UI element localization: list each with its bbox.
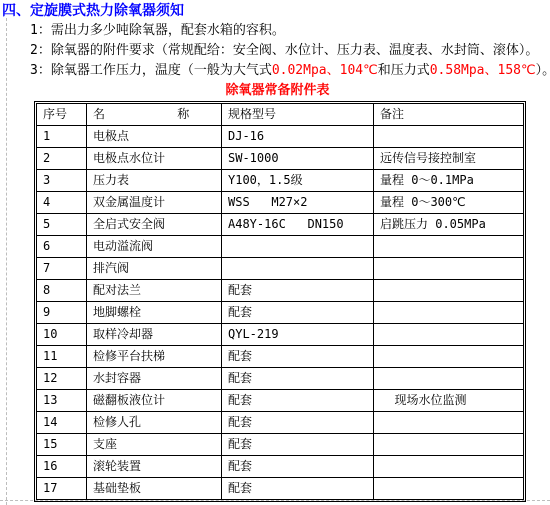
note-text: 2：除氧器的附件要求（常规配给：安全阀、水位计、压力表、温度表、水封筒、滚体）。 <box>30 43 538 58</box>
table-row: 13磁翻板液位计配套 现场水位监测 <box>37 390 524 412</box>
cell-remark: 启跳压力 0.05MPa <box>374 214 524 236</box>
cell-seq: 3 <box>37 170 87 192</box>
note-text: 和压力式 <box>378 63 430 78</box>
cell-name: 水封容器 <box>87 368 222 390</box>
cell-spec: 配套 <box>222 280 374 302</box>
table-body: 1电极点DJ-162电极点水位计SW-1000远传信号接控制室3压力表Y100，… <box>37 126 524 500</box>
cell-spec: 配套 <box>222 456 374 478</box>
cell-name: 检修人孔 <box>87 412 222 434</box>
cell-remark <box>374 346 524 368</box>
cell-seq: 10 <box>37 324 87 346</box>
table-row: 1电极点DJ-16 <box>37 126 524 148</box>
table-row: 17基础垫板配套 <box>37 478 524 500</box>
table-row: 8配对法兰配套 <box>37 280 524 302</box>
cell-seq: 16 <box>37 456 87 478</box>
cell-seq: 8 <box>37 280 87 302</box>
table-row: 5全启式安全阀A48Y-16C DN150启跳压力 0.05MPa <box>37 214 524 236</box>
table-row: 3压力表Y100，1.5级量程 0～0.1MPa <box>37 170 524 192</box>
cell-seq: 14 <box>37 412 87 434</box>
cell-spec: DJ-16 <box>222 126 374 148</box>
cell-seq: 2 <box>37 148 87 170</box>
cell-spec: QYL-219 <box>222 324 374 346</box>
note-line: 2：除氧器的附件要求（常规配给：安全阀、水位计、压力表、温度表、水封筒、滚体）。 <box>30 41 550 61</box>
cell-remark <box>374 478 524 500</box>
cell-spec: WSS M27×2 <box>222 192 374 214</box>
note-highlight-value: 0.58Mpa、158℃ <box>430 63 536 78</box>
cell-seq: 13 <box>37 390 87 412</box>
cell-name: 电极点 <box>87 126 222 148</box>
cell-seq: 5 <box>37 214 87 236</box>
column-header-seq: 序号 <box>37 104 87 126</box>
cell-name: 基础垫板 <box>87 478 222 500</box>
table-row: 7排汽阀 <box>37 258 524 280</box>
note-line: 3：除氧器工作压力，温度（一般为大气式0.02Mpa、104℃和压力式0.58M… <box>30 61 550 81</box>
cell-spec: 配套 <box>222 390 374 412</box>
column-header-spec: 规格型号 <box>222 104 374 126</box>
cell-name: 磁翻板液位计 <box>87 390 222 412</box>
cell-spec: 配套 <box>222 302 374 324</box>
cell-remark: 量程 0～0.1MPa <box>374 170 524 192</box>
cell-name: 压力表 <box>87 170 222 192</box>
cell-remark <box>374 324 524 346</box>
cell-name: 电动溢流阀 <box>87 236 222 258</box>
cell-seq: 7 <box>37 258 87 280</box>
cell-seq: 6 <box>37 236 87 258</box>
cell-seq: 12 <box>37 368 87 390</box>
cell-spec <box>222 236 374 258</box>
cell-spec: 配套 <box>222 412 374 434</box>
cell-spec: A48Y-16C DN150 <box>222 214 374 236</box>
cell-remark <box>374 258 524 280</box>
table-row: 10取样冷却器QYL-219 <box>37 324 524 346</box>
table-row: 15支座配套 <box>37 434 524 456</box>
table-row: 6电动溢流阀 <box>37 236 524 258</box>
note-text: 3：除氧器工作压力，温度（一般为大气式 <box>30 63 272 78</box>
document-page: 四、定旋膜式热力除氧器须知 1：需出力多少吨除氧器，配套水箱的容积。2：除氧器的… <box>0 0 550 505</box>
cell-name: 配对法兰 <box>87 280 222 302</box>
cell-spec: 配套 <box>222 346 374 368</box>
table-row: 14检修人孔配套 <box>37 412 524 434</box>
cell-remark <box>374 236 524 258</box>
cell-name: 双金属温度计 <box>87 192 222 214</box>
cell-seq: 9 <box>37 302 87 324</box>
note-line: 1：需出力多少吨除氧器，配套水箱的容积。 <box>30 21 550 41</box>
cell-name: 电极点水位计 <box>87 148 222 170</box>
cell-remark <box>374 126 524 148</box>
cell-spec: 配套 <box>222 478 374 500</box>
cell-remark <box>374 302 524 324</box>
column-header-remark: 备注 <box>374 104 524 126</box>
notes-list: 1：需出力多少吨除氧器，配套水箱的容积。2：除氧器的附件要求（常规配给：安全阀、… <box>30 21 550 81</box>
cell-remark <box>374 280 524 302</box>
section-heading: 四、定旋膜式热力除氧器须知 <box>0 0 550 19</box>
cell-remark: 远传信号接控制室 <box>374 148 524 170</box>
table-row: 11检修平台扶梯配套 <box>37 346 524 368</box>
cell-seq: 11 <box>37 346 87 368</box>
table-header-row: 序号 名 称 规格型号 备注 <box>37 104 524 126</box>
cell-spec: 配套 <box>222 434 374 456</box>
column-header-name: 名 称 <box>87 104 222 126</box>
cell-name: 滚轮装置 <box>87 456 222 478</box>
note-text: 1：需出力多少吨除氧器，配套水箱的容积。 <box>30 23 285 38</box>
cell-remark <box>374 434 524 456</box>
cell-name: 支座 <box>87 434 222 456</box>
cell-spec: SW-1000 <box>222 148 374 170</box>
cell-name: 检修平台扶梯 <box>87 346 222 368</box>
accessories-table-grid: 序号 名 称 规格型号 备注 1电极点DJ-162电极点水位计SW-1000远传… <box>36 103 524 500</box>
cell-remark <box>374 412 524 434</box>
page-boundary-horizontal-guide <box>0 500 550 501</box>
cell-spec: 配套 <box>222 368 374 390</box>
cell-seq: 1 <box>37 126 87 148</box>
cell-name: 全启式安全阀 <box>87 214 222 236</box>
cell-remark: 量程 0～300℃ <box>374 192 524 214</box>
cell-name: 地脚螺栓 <box>87 302 222 324</box>
cell-seq: 17 <box>37 478 87 500</box>
cell-name: 排汽阀 <box>87 258 222 280</box>
table-title: 除氧器常备附件表 <box>34 81 521 101</box>
table-row: 12水封容器配套 <box>37 368 524 390</box>
page-boundary-vertical-guide <box>6 18 7 505</box>
cell-spec <box>222 258 374 280</box>
table-row: 2电极点水位计SW-1000远传信号接控制室 <box>37 148 524 170</box>
note-text: ）。 <box>536 63 550 78</box>
table-row: 16滚轮装置配套 <box>37 456 524 478</box>
cell-seq: 4 <box>37 192 87 214</box>
cell-remark <box>374 456 524 478</box>
table-row: 9地脚螺栓配套 <box>37 302 524 324</box>
table-row: 4双金属温度计WSS M27×2量程 0～300℃ <box>37 192 524 214</box>
note-highlight-value: 0.02Mpa、104℃ <box>272 63 378 78</box>
cell-name: 取样冷却器 <box>87 324 222 346</box>
cell-remark <box>374 368 524 390</box>
cell-remark: 现场水位监测 <box>374 390 524 412</box>
accessories-table: 序号 名 称 规格型号 备注 1电极点DJ-162电极点水位计SW-1000远传… <box>34 101 526 502</box>
cell-spec: Y100，1.5级 <box>222 170 374 192</box>
cell-seq: 15 <box>37 434 87 456</box>
